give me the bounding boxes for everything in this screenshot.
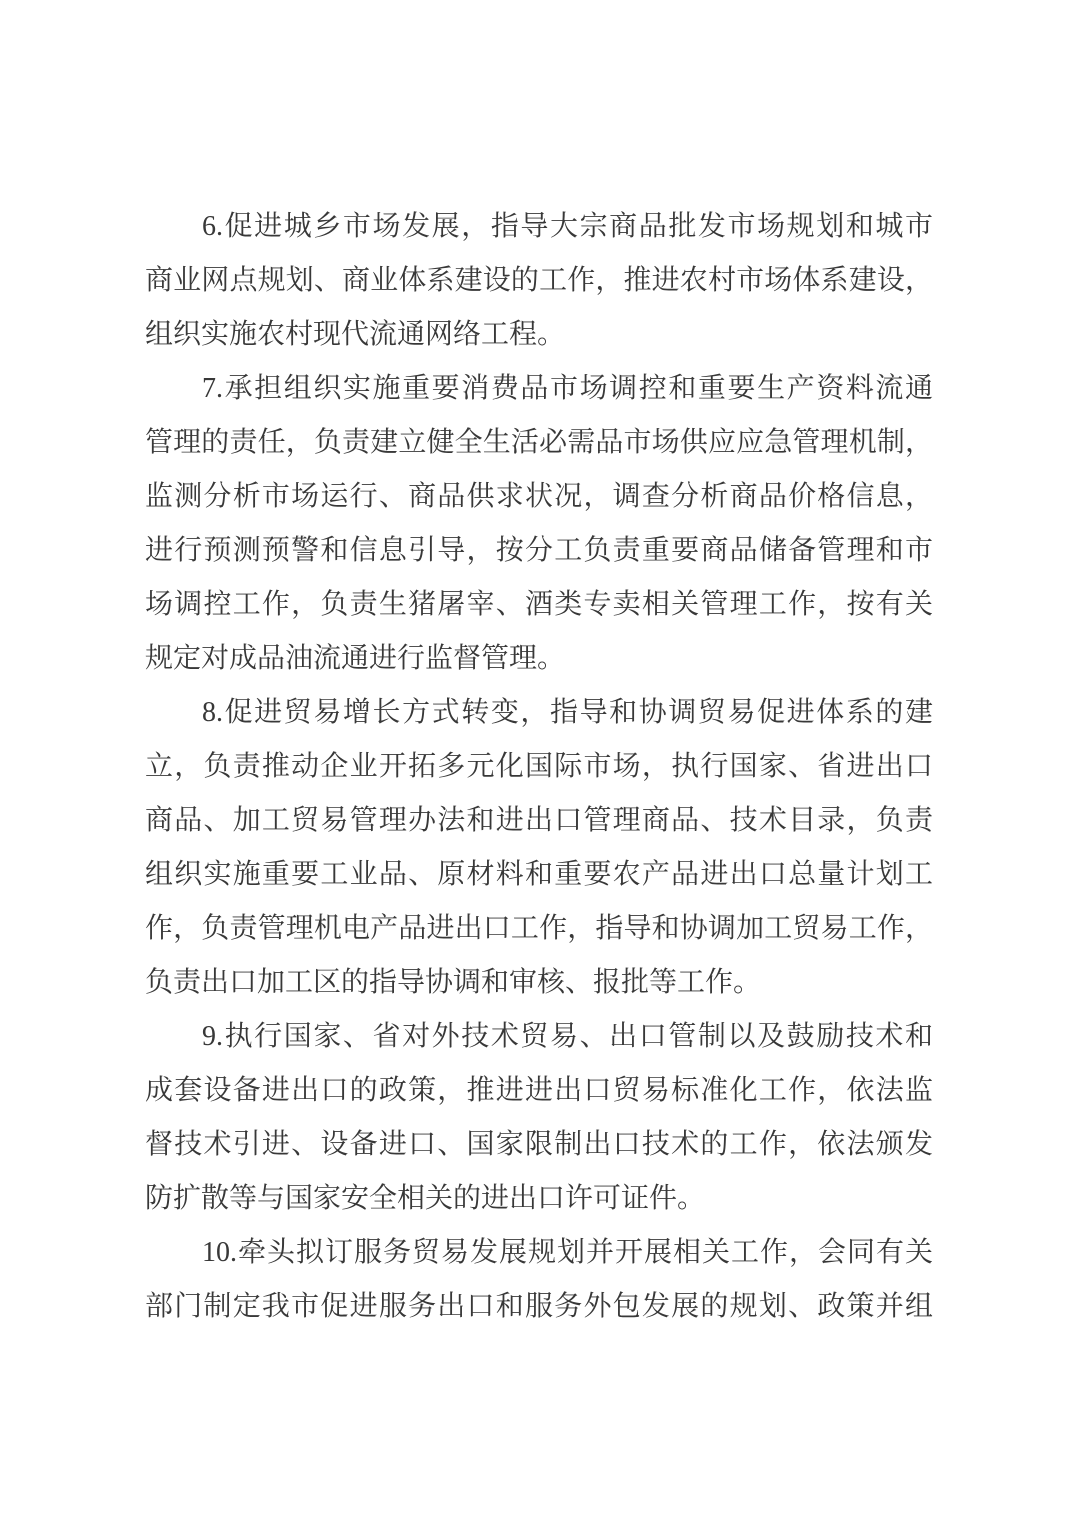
text-line: 监测分析市场运行、商品供求状况，调查分析商品价格信息， bbox=[145, 470, 933, 524]
text-line: 督技术引进、设备进口、国家限制出口技术的工作，依法颁发 bbox=[145, 1118, 933, 1172]
text-line: 防扩散等与国家安全相关的进出口许可证件。 bbox=[145, 1172, 933, 1226]
paragraph-7: 7.承担组织实施重要消费品市场调控和重要生产资料流通 管理的责任，负责建立健全生… bbox=[145, 362, 933, 686]
paragraph-6: 6.促进城乡市场发展，指导大宗商品批发市场规划和城市 商业网点规划、商业体系建设… bbox=[145, 200, 933, 362]
text-line: 负责出口加工区的指导协调和审核、报批等工作。 bbox=[145, 956, 933, 1010]
paragraph-8: 8.促进贸易增长方式转变，指导和协调贸易促进体系的建 立，负责推动企业开拓多元化… bbox=[145, 686, 933, 1010]
document-text-block: 6.促进城乡市场发展，指导大宗商品批发市场规划和城市 商业网点规划、商业体系建设… bbox=[145, 200, 933, 1334]
text-line: 9.执行国家、省对外技术贸易、出口管制以及鼓励技术和 bbox=[145, 1010, 933, 1064]
paragraph-10: 10.牵头拟订服务贸易发展规划并开展相关工作，会同有关 部门制定我市促进服务出口… bbox=[145, 1226, 933, 1334]
text-line: 作，负责管理机电产品进出口工作，指导和协调加工贸易工作， bbox=[145, 902, 933, 956]
text-line: 部门制定我市促进服务出口和服务外包发展的规划、政策并组 bbox=[145, 1280, 933, 1334]
text-line: 成套设备进出口的政策，推进进出口贸易标准化工作，依法监 bbox=[145, 1064, 933, 1118]
text-line: 7.承担组织实施重要消费品市场调控和重要生产资料流通 bbox=[145, 362, 933, 416]
text-line: 立，负责推动企业开拓多元化国际市场，执行国家、省进出口 bbox=[145, 740, 933, 794]
text-line: 商业网点规划、商业体系建设的工作，推进农村市场体系建设， bbox=[145, 254, 933, 308]
text-line: 10.牵头拟订服务贸易发展规划并开展相关工作，会同有关 bbox=[145, 1226, 933, 1280]
text-line: 商品、加工贸易管理办法和进出口管理商品、技术目录，负责 bbox=[145, 794, 933, 848]
text-line: 组织实施重要工业品、原材料和重要农产品进出口总量计划工 bbox=[145, 848, 933, 902]
text-line: 规定对成品油流通进行监督管理。 bbox=[145, 632, 933, 686]
text-line: 8.促进贸易增长方式转变，指导和协调贸易促进体系的建 bbox=[145, 686, 933, 740]
text-line: 管理的责任，负责建立健全生活必需品市场供应应急管理机制， bbox=[145, 416, 933, 470]
text-line: 6.促进城乡市场发展，指导大宗商品批发市场规划和城市 bbox=[145, 200, 933, 254]
document-page: 6.促进城乡市场发展，指导大宗商品批发市场规划和城市 商业网点规划、商业体系建设… bbox=[0, 0, 1074, 1520]
paragraph-9: 9.执行国家、省对外技术贸易、出口管制以及鼓励技术和 成套设备进出口的政策，推进… bbox=[145, 1010, 933, 1226]
text-line: 场调控工作，负责生猪屠宰、酒类专卖相关管理工作，按有关 bbox=[145, 578, 933, 632]
text-line: 组织实施农村现代流通网络工程。 bbox=[145, 308, 933, 362]
text-line: 进行预测预警和信息引导，按分工负责重要商品储备管理和市 bbox=[145, 524, 933, 578]
